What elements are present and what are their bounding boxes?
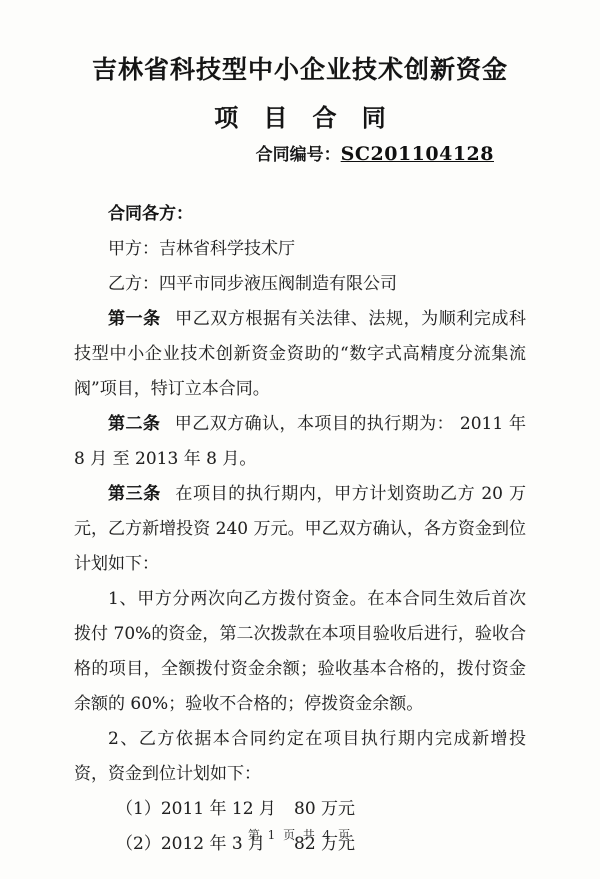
schedule-row: （1）2011 年 12 月 80 万元 — [74, 792, 526, 827]
document-header: 吉林省科技型中小企业技术创新资金 项 目 合 同 合同编号：SC20110412… — [0, 0, 600, 167]
page-footer: 第 1 页 共 4 页 — [0, 826, 600, 843]
contract-number-row: 合同编号：SC201104128 — [0, 142, 600, 167]
contract-number-value: SC201104128 — [341, 143, 494, 165]
document-body: 合同各方： 甲方：吉林省科学技术厅 乙方：四平市同步液压阀制造有限公司 第一条甲… — [0, 167, 600, 862]
document-title-line2: 项 目 合 同 — [0, 102, 600, 134]
article-2: 第二条甲乙双方确认，本项目的执行期为： 2011 年 8 月 至 2013 年 … — [74, 407, 526, 477]
contract-number-label: 合同编号： — [256, 145, 341, 165]
party-a-line: 甲方：吉林省科学技术厅 — [74, 232, 526, 267]
investment-item-2: 2、乙方依据本合同约定在项目执行期内完成新增投资，资金到位计划如下： — [74, 722, 526, 792]
parties-heading: 合同各方： — [74, 197, 526, 232]
investment-item-1: 1、甲方分两次向乙方拨付资金。在本合同生效后首次拨付 70%的资金，第二次拨款在… — [74, 582, 526, 722]
article-3: 第三条在项目的执行期内，甲方计划资助乙方 20 万元，乙方新增投资 240 万元… — [74, 477, 526, 582]
article-2-label: 第二条 — [108, 414, 160, 434]
article-1: 第一条甲乙双方根据有关法律、法规，为顺利完成科技型中小企业技术创新资金资助的“数… — [74, 302, 526, 407]
schedule-amount: 80 万元 — [294, 792, 355, 827]
party-b-line: 乙方：四平市同步液压阀制造有限公司 — [74, 267, 526, 302]
schedule-date: （1）2011 年 12 月 — [116, 792, 294, 827]
article-3-label: 第三条 — [108, 484, 161, 504]
article-1-label: 第一条 — [108, 309, 161, 329]
document-title-line1: 吉林省科技型中小企业技术创新资金 — [0, 54, 600, 86]
contract-page: 吉林省科技型中小企业技术创新资金 项 目 合 同 合同编号：SC20110412… — [0, 0, 600, 879]
